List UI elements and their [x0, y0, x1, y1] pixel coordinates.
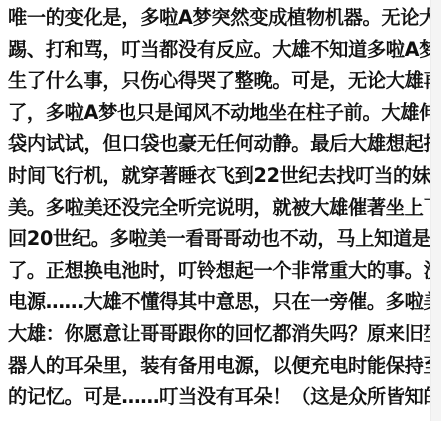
article-line: 踢、打和骂，叮当都没有反应。大雄不知道多啦A梦到底发: [8, 34, 433, 66]
article-line: 唯一的变化是，多啦A梦突然变成植物机器。无论大雄怎么: [8, 2, 433, 34]
article-line: 时间飞行机，就穿著睡衣飞到22世纪去找叮当的妹妹多啦: [8, 160, 433, 192]
article-line: 电源……大雄不懂得其中意思，只在一旁催。多啦美只好问: [8, 286, 433, 318]
article-line: 回20世纪。多啦美一看哥哥动也不动，马上知道是电池用完: [8, 223, 433, 255]
article-page: 唯一的变化是，多啦A梦突然变成植物机器。无论大雄怎么 踢、打和骂，叮当都没有反应…: [0, 0, 441, 421]
article-body: 唯一的变化是，多啦A梦突然变成植物机器。无论大雄怎么 踢、打和骂，叮当都没有反应…: [8, 2, 433, 413]
article-line: 袋内试试，但口袋也豪无任何动静。最后大雄想起抽屉里的: [8, 128, 433, 160]
right-edge-strip: [430, 0, 441, 421]
article-line: 了，多啦A梦也只是闻风不动地坐在柱子前。大雄伸手到口: [8, 97, 433, 129]
article-line: 的记忆。可是……叮当没有耳朵！（这是众所皆知的吧。）: [8, 381, 433, 413]
article-line: 生了什么事，只伤心得哭了整晚。可是，无论大雄再伤心透: [8, 65, 433, 97]
article-line: 了。正想换电池时，叮铃想起一个非常重大的事。没有备用: [8, 255, 433, 287]
article-line: 美。多啦美还没完全听完说明，就被大雄催著坐上飞行机飞: [8, 192, 433, 224]
article-line: 大雄：你愿意让哥哥跟你的回忆都消失吗？原来旧型的猫机: [8, 318, 433, 350]
article-line: 器人的耳朵里，装有备用电源，以便充电时能保持至今为止: [8, 350, 433, 382]
